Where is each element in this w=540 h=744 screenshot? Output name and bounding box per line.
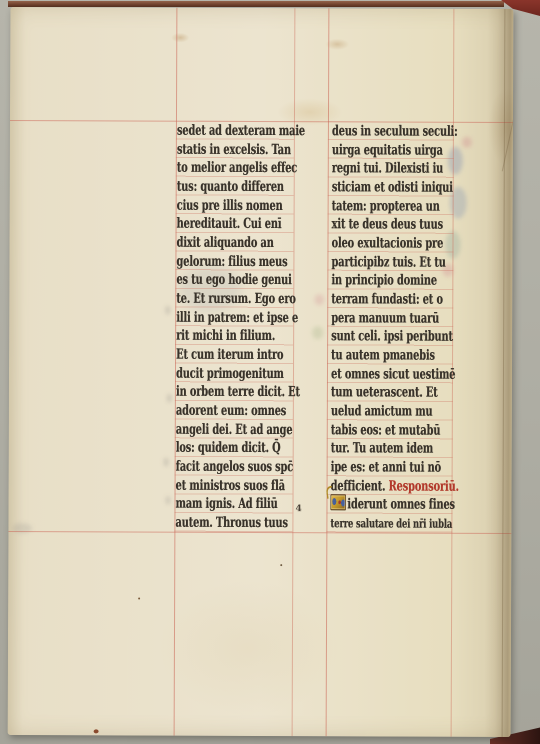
latin-text: Et cum iterum intro (176, 347, 283, 363)
latin-text: ducit primogenitum (176, 365, 284, 381)
latin-text: dixit aliquando an (176, 235, 273, 251)
text-line-content: dixit aliquando an (176, 234, 273, 253)
latin-text: to melior angelis effec (177, 160, 297, 176)
parchment-page: sedet ad dexteram maiestatis in excelsis… (8, 7, 514, 737)
text-line-content: ipe es: et anni tui nō (331, 458, 441, 477)
text-line: los: quidem dicit. Q̄ (176, 438, 293, 457)
text-line: pera manuum tuarū (331, 308, 453, 327)
text-line-content: participibz tuis. Et tu (331, 253, 445, 272)
text-column-right: deus in seculum seculi:uirga equitatis u… (330, 121, 454, 532)
text-line: terre salutare dei nr̄i iubla (330, 513, 452, 532)
text-line: oleo exultacionis pre (331, 233, 453, 252)
text-line-content: oleo exultacionis pre (331, 234, 443, 253)
text-line-content: tatem: propterea un (332, 197, 440, 216)
latin-text: iderunt omnes fines (347, 497, 455, 513)
latin-text: tatem: propterea un (332, 198, 440, 214)
text-line-content: cius pre illis nomen (177, 196, 283, 215)
text-line-content: adorent eum: omnes (176, 402, 286, 421)
text-line-content: uelud amictum mu (331, 402, 433, 421)
text-line: ducit primogenitum (176, 363, 293, 382)
latin-text: adorent eum: omnes (176, 403, 286, 419)
text-line-content: et omnes sicut uestimē (331, 365, 455, 384)
gutter-shadow (485, 9, 514, 737)
text-line: tus: quanto differen (177, 177, 294, 196)
rubric-text: Responsoriū. (389, 478, 459, 494)
latin-text: illi in patrem: et ipse e (176, 309, 298, 325)
text-line-content: mam ignis. Ad filiū (175, 495, 277, 514)
text-line-content: tur. Tu autem idem (331, 440, 433, 459)
binding-edge-top (8, 1, 504, 7)
text-line: tu autem pmanebis (331, 345, 453, 364)
latin-text: facit angelos suos spc̄ (176, 459, 293, 475)
text-line-content: statis in excelsis. Tan (177, 140, 291, 159)
text-line: es tu ego hodie genui (176, 270, 293, 289)
latin-text: sunt celi. ipsi peribunt (331, 329, 453, 345)
text-line: uirga equitatis uirga (332, 140, 454, 159)
text-line: iderunt omnes fines (330, 495, 452, 514)
text-line-content: Et cum iterum intro (176, 346, 283, 365)
text-line: tatem: propterea un (332, 196, 454, 215)
latin-text: sedet ad dexteram maie (177, 123, 305, 139)
ink-speck (280, 564, 282, 566)
latin-text: sticiam et odisti iniqui (332, 179, 453, 195)
text-line: in principio domine (331, 271, 453, 290)
text-line-content: angeli dei. Et ad ange (176, 420, 293, 439)
latin-text: tum ueterascent. Et (331, 385, 438, 401)
text-line: sunt celi. ipsi peribunt (331, 327, 453, 346)
text-line: deus in seculum seculi: (332, 121, 454, 140)
latin-text: et ministros suos flā (176, 477, 285, 493)
latin-text: tu autem pmanebis (331, 347, 435, 363)
text-line: tur. Tu autem idem (331, 439, 453, 458)
text-line: Et cum iterum intro (176, 345, 293, 364)
text-line: defficient. Responsoriū. (331, 476, 453, 495)
ink-speck (138, 598, 140, 600)
show-through-layer (10, 7, 513, 9)
latin-text: in principio domine (331, 273, 437, 289)
latin-text: los: quidem dicit. Q̄ (176, 440, 281, 456)
text-line: to melior angelis effec (177, 158, 294, 177)
text-line: participibz tuis. Et tu (331, 252, 453, 271)
text-line-content: iderunt omnes fines (330, 495, 454, 515)
text-line-content: sunt celi. ipsi peribunt (331, 328, 453, 347)
text-line: illi in patrem: et ipse e (176, 307, 293, 326)
latin-text: gelorum: filius meus (176, 253, 287, 269)
text-line: statis in excelsis. Tan (177, 139, 294, 158)
text-line-content: facit angelos suos spc̄ (176, 458, 293, 477)
text-line-content: ducit primogenitum (176, 364, 284, 383)
text-line: facit angelos suos spc̄ (176, 457, 293, 476)
text-line: tum ueterascent. Et (331, 383, 453, 402)
text-line: dixit aliquando an (176, 233, 293, 252)
text-line-content: terram fundasti: et o (331, 290, 443, 309)
text-line: te. Et rursum. Ego ero (176, 289, 293, 308)
latin-text: tur. Tu autem idem (331, 441, 433, 457)
text-line-content: xit te deus deus tuus (332, 216, 443, 235)
text-line: cius pre illis nomen (177, 195, 294, 214)
text-line-content: rit michi in filium. (176, 327, 275, 346)
marginal-siglum: 4 (295, 504, 301, 514)
latin-text: pera manuum tuarū (331, 310, 439, 326)
text-line: regni tui. Dilexisti iu (332, 159, 454, 178)
text-line-content: et ministros suos flā (176, 476, 285, 495)
text-line: angeli dei. Et ad ange (176, 419, 293, 438)
text-line: autem. Thronus tuus (175, 513, 292, 532)
ink-speck (94, 729, 99, 733)
text-line-content: regni tui. Dilexisti iu (332, 160, 443, 179)
text-line-content: gelorum: filius meus (176, 252, 287, 271)
latin-text: in orbem terre dicit. Et (176, 384, 300, 400)
show-through-blob (312, 326, 323, 339)
illuminated-initial (330, 495, 345, 511)
text-line-content: uirga equitatis uirga (332, 141, 443, 160)
latin-text: xit te deus deus tuus (332, 217, 443, 233)
latin-text: mam ignis. Ad filiū (175, 496, 277, 512)
latin-text: deus in seculum seculi: (332, 123, 458, 139)
text-line-content: es tu ego hodie genui (176, 271, 291, 290)
latin-text: angeli dei. Et ad ange (176, 421, 293, 437)
text-line: sticiam et odisti iniqui (332, 177, 454, 196)
text-line-content: hereditauit. Cui enī (177, 215, 282, 234)
text-line: et omnes sicut uestimē (331, 364, 453, 383)
text-line-content: tabis eos: et mutabū (331, 421, 441, 440)
text-line-content: deus in seculum seculi: (332, 122, 458, 141)
text-line-content: terre salutare dei nr̄i iubla (330, 514, 452, 533)
text-line-content: sticiam et odisti iniqui (332, 178, 453, 197)
text-line: hereditauit. Cui enī (177, 214, 294, 233)
text-line: rit michi in filium. (176, 326, 293, 345)
show-through-letter (164, 458, 169, 467)
latin-text: tabis eos: et mutabū (331, 422, 440, 438)
latin-text: uelud amictum mu (331, 403, 433, 419)
latin-text: participibz tuis. Et tu (331, 254, 445, 270)
text-column-left: sedet ad dexteram maiestatis in excelsis… (175, 121, 294, 532)
show-through-letter (165, 306, 170, 315)
text-line: et ministros suos flā (176, 475, 293, 494)
latin-text: ipe es: et anni tui nō (331, 459, 441, 475)
latin-text: et omnes sicut uestimē (331, 366, 455, 382)
text-line: mam ignis. Ad filiū (175, 494, 292, 513)
latin-text: statis in excelsis. Tan (177, 141, 291, 157)
latin-text: terre salutare dei nr̄i iubla (330, 516, 452, 530)
text-line-content: in principio domine (331, 272, 437, 291)
latin-text: es tu ego hodie genui (176, 272, 291, 288)
show-through-blob (462, 137, 472, 148)
text-line-content: los: quidem dicit. Q̄ (176, 439, 281, 458)
text-line: terram fundasti: et o (331, 289, 453, 308)
text-line: adorent eum: omnes (176, 401, 293, 420)
text-line-content: tu autem pmanebis (331, 346, 435, 365)
text-line: uelud amictum mu (331, 401, 453, 420)
text-line-content: to melior angelis effec (177, 159, 297, 178)
latin-text: defficient. (331, 478, 389, 494)
latin-text: regni tui. Dilexisti iu (332, 161, 443, 177)
latin-text: cius pre illis nomen (177, 197, 283, 213)
text-line-content: autem. Thronus tuus (175, 514, 287, 533)
show-through-blob (314, 294, 324, 305)
text-line-content: illi in patrem: et ipse e (176, 308, 298, 327)
latin-text: terram fundasti: et o (331, 291, 443, 307)
show-through-letter (167, 394, 172, 403)
latin-text: uirga equitatis uirga (332, 142, 443, 158)
text-line: ipe es: et anni tui nō (331, 457, 453, 476)
text-line-content: tus: quanto differen (177, 178, 284, 197)
show-through-letter (165, 496, 170, 505)
text-line-content: tum ueterascent. Et (331, 384, 438, 403)
text-line: xit te deus deus tuus (332, 215, 454, 234)
text-line: sedet ad dexteram maie (177, 121, 294, 140)
latin-text: autem. Thronus tuus (175, 515, 287, 531)
latin-text: tus: quanto differen (177, 179, 284, 195)
latin-text: te. Et rursum. Ego ero (176, 291, 295, 307)
text-line: gelorum: filius meus (176, 251, 293, 270)
latin-text: hereditauit. Cui enī (177, 216, 282, 232)
latin-text: oleo exultacionis pre (331, 235, 443, 251)
text-line-content: in orbem terre dicit. Et (176, 383, 300, 402)
photograph-backdrop: sedet ad dexteram maiestatis in excelsis… (0, 0, 540, 744)
latin-text: rit michi in filium. (176, 328, 275, 344)
text-line-content: defficient. Responsoriū. (331, 477, 459, 496)
text-line: in orbem terre dicit. Et (176, 382, 293, 401)
text-line: tabis eos: et mutabū (331, 420, 453, 439)
text-line-content: te. Et rursum. Ego ero (176, 290, 295, 309)
text-line-content: pera manuum tuarū (331, 309, 439, 328)
text-line-content: sedet ad dexteram maie (177, 122, 305, 141)
